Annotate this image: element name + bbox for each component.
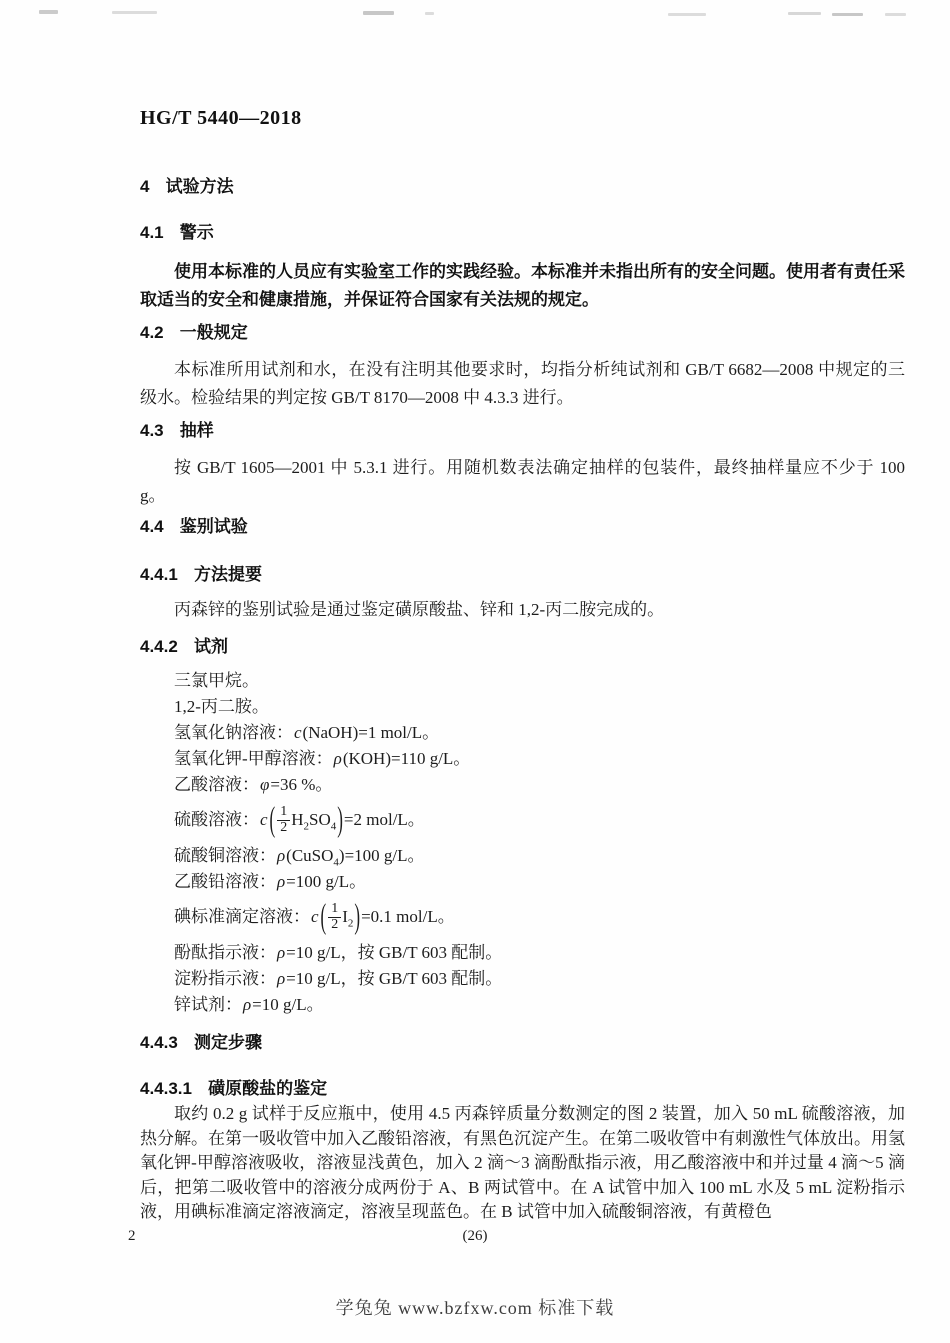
- reagent-value: =0.1 mol/L。: [361, 907, 455, 926]
- chem-symbol: (CuSO: [286, 846, 333, 865]
- sampling-paragraph: 按 GB/T 1605—2001 中 5.3.1 进行。用随机数表法确定抽样的包…: [140, 454, 905, 510]
- heading-4-3-sampling: 4.3抽样: [140, 420, 905, 442]
- reagent-line-propanediamine: 1,2-丙二胺。: [140, 694, 905, 720]
- reagent-label: 乙酸溶液：: [174, 775, 259, 794]
- reagent-line-lead-acetate: 乙酸铅溶液：ρ=100 g/L。: [140, 869, 905, 895]
- heading-title: 试验方法: [166, 177, 234, 196]
- reagent-line-iodine-standard: 碘标准滴定溶液：c(12I2)=0.1 mol/L。: [140, 895, 905, 940]
- heading-title: 磺原酸盐的鉴定: [208, 1079, 327, 1098]
- heading-title: 试剂: [194, 637, 228, 656]
- scan-artifact: [112, 11, 157, 14]
- heading-4-4-identification: 4.4鉴别试验: [140, 516, 905, 538]
- heading-number: 4.4.3: [140, 1032, 178, 1054]
- heading-4-4-2-reagents: 4.4.2试剂: [140, 636, 905, 658]
- heading-4-4-3-1-xanthate-identification: 4.4.3.1磺原酸盐的鉴定: [140, 1078, 905, 1100]
- reagent-label: 硫酸溶液：: [174, 810, 259, 829]
- scanned-document-page: HG/T 5440—2018 4试验方法 4.1警示 使用本标准的人员应有实验室…: [0, 0, 950, 1343]
- scan-artifact: [885, 13, 906, 16]
- reagent-line-sulfuric-acid: 硫酸溶液：c(12H2SO4)=2 mol/L。: [140, 798, 905, 843]
- scan-artifact: [832, 13, 863, 16]
- reagent-label: 氢氧化钾-甲醇溶液：: [174, 749, 333, 768]
- heading-number: 4.4.1: [140, 564, 178, 586]
- reagent-label: 氢氧化钠溶液：: [174, 723, 293, 742]
- scan-artifact: [788, 12, 821, 15]
- heading-4-4-3-procedure: 4.4.3测定步骤: [140, 1032, 905, 1054]
- reagent-line-chloroform: 三氯甲烷。: [140, 668, 905, 694]
- quantity-symbol: ρ: [242, 995, 252, 1014]
- right-paren: ): [336, 775, 344, 865]
- reagent-line-naoh: 氢氧化钠溶液：c(NaOH)=1 mol/L。: [140, 720, 905, 746]
- heading-number: 4.4: [140, 516, 164, 538]
- chemical-formula-i2: I2: [342, 907, 353, 926]
- chemical-formula-h2so4: H2SO4: [291, 810, 336, 829]
- reagent-value: =10 g/L，按 GB/T 603 配制。: [286, 969, 502, 988]
- heading-4-4-1-method-summary: 4.4.1方法提要: [140, 564, 905, 586]
- fraction-one-half: 12: [277, 805, 290, 835]
- reagent-value: =36 %。: [270, 775, 332, 794]
- watermark-text: 学兔兔 www.bzfxw.com 标准下载: [0, 1294, 950, 1320]
- heading-number: 4: [140, 176, 149, 198]
- scan-artifact: [425, 12, 434, 15]
- quantity-symbol: c: [259, 810, 269, 829]
- heading-title: 警示: [180, 223, 214, 242]
- reagent-label: 锌试剂：: [174, 995, 242, 1014]
- reagent-label: 乙酸铅溶液：: [174, 872, 276, 891]
- fraction-denominator: 2: [328, 917, 341, 933]
- chem-symbol: H: [291, 810, 303, 829]
- general-provisions-paragraph: 本标准所用试剂和水，在没有注明其他要求时，均指分析纯试剂和 GB/T 6682—…: [140, 356, 905, 412]
- quantity-symbol: c: [293, 723, 303, 742]
- heading-number: 4.4.2: [140, 636, 178, 658]
- quantity-symbol: c: [310, 907, 320, 926]
- fraction-numerator: 1: [328, 902, 341, 917]
- left-paren: (: [269, 775, 277, 865]
- quantity-symbol: ρ: [276, 872, 286, 891]
- reagent-label: 硫酸铜溶液：: [174, 846, 276, 865]
- warning-paragraph: 使用本标准的人员应有实验室工作的实践经验。本标准并未指出所有的安全问题。使用者有…: [140, 258, 905, 314]
- quantity-symbol: ρ: [333, 749, 343, 768]
- procedure-paragraph: 取约 0.2 g 试样于反应瓶中，使用 4.5 丙森锌质量分数测定的图 2 装置…: [140, 1102, 905, 1225]
- heading-number: 4.2: [140, 322, 164, 344]
- reagent-label: 碘标准滴定溶液：: [174, 907, 310, 926]
- reagent-value: =10 g/L。: [252, 995, 323, 1014]
- fraction-one-half: 12: [328, 902, 341, 932]
- heading-title: 一般规定: [180, 323, 248, 342]
- left-paren: (: [320, 872, 328, 962]
- standard-number: HG/T 5440—2018: [140, 0, 905, 130]
- heading-4-1-warning: 4.1警示: [140, 222, 905, 244]
- heading-title: 方法提要: [194, 565, 262, 584]
- chem-symbol: SO: [309, 810, 331, 829]
- method-summary-paragraph: 丙森锌的鉴别试验是通过鉴定磺原酸盐、锌和 1,2-丙二胺完成的。: [140, 596, 905, 624]
- heading-4-test-methods: 4试验方法: [140, 176, 905, 198]
- reagent-label: 酚酞指示液：: [174, 943, 276, 962]
- reagent-line-starch: 淀粉指示液：ρ=10 g/L，按 GB/T 603 配制。: [140, 966, 905, 992]
- right-paren: ): [353, 872, 361, 962]
- heading-number: 4.3: [140, 420, 164, 442]
- scan-artifact: [668, 13, 706, 16]
- reagent-value: (NaOH)=1 mol/L。: [303, 723, 440, 742]
- heading-number: 4.1: [140, 222, 164, 244]
- scan-artifact: [363, 11, 394, 15]
- quantity-symbol: ρ: [276, 969, 286, 988]
- quantity-symbol: ρ: [276, 943, 286, 962]
- reagent-line-phenolphthalein: 酚酞指示液：ρ=10 g/L，按 GB/T 603 配制。: [140, 940, 905, 966]
- reagent-line-zinc-reagent: 锌试剂：ρ=10 g/L。: [140, 992, 905, 1018]
- fraction-numerator: 1: [277, 805, 290, 820]
- fraction-denominator: 2: [277, 820, 290, 836]
- reagent-line-koh: 氢氧化钾-甲醇溶液：ρ(KOH)=110 g/L。: [140, 746, 905, 772]
- reagent-value: =2 mol/L。: [344, 810, 425, 829]
- reagent-label: 淀粉指示液：: [174, 969, 276, 988]
- heading-title: 测定步骤: [194, 1033, 262, 1052]
- reagent-line-copper-sulfate: 硫酸铜溶液：ρ(CuSO4)=100 g/L。: [140, 843, 905, 869]
- reagent-value: )=100 g/L。: [339, 846, 425, 865]
- volume-page-number: (26): [0, 1228, 950, 1245]
- reagent-line-acetic-acid: 乙酸溶液：φ=36 %。: [140, 772, 905, 798]
- page-content: HG/T 5440—2018 4试验方法 4.1警示 使用本标准的人员应有实验室…: [0, 0, 950, 1225]
- reagent-value: (KOH)=110 g/L。: [343, 749, 470, 768]
- heading-number: 4.4.3.1: [140, 1078, 192, 1100]
- heading-title: 鉴别试验: [180, 517, 248, 536]
- reagent-list: 三氯甲烷。 1,2-丙二胺。 氢氧化钠溶液：c(NaOH)=1 mol/L。 氢…: [140, 668, 905, 1018]
- scan-artifact: [39, 10, 58, 14]
- quantity-symbol: ρ: [276, 846, 286, 865]
- heading-title: 抽样: [180, 421, 214, 440]
- heading-4-2-general: 4.2一般规定: [140, 322, 905, 344]
